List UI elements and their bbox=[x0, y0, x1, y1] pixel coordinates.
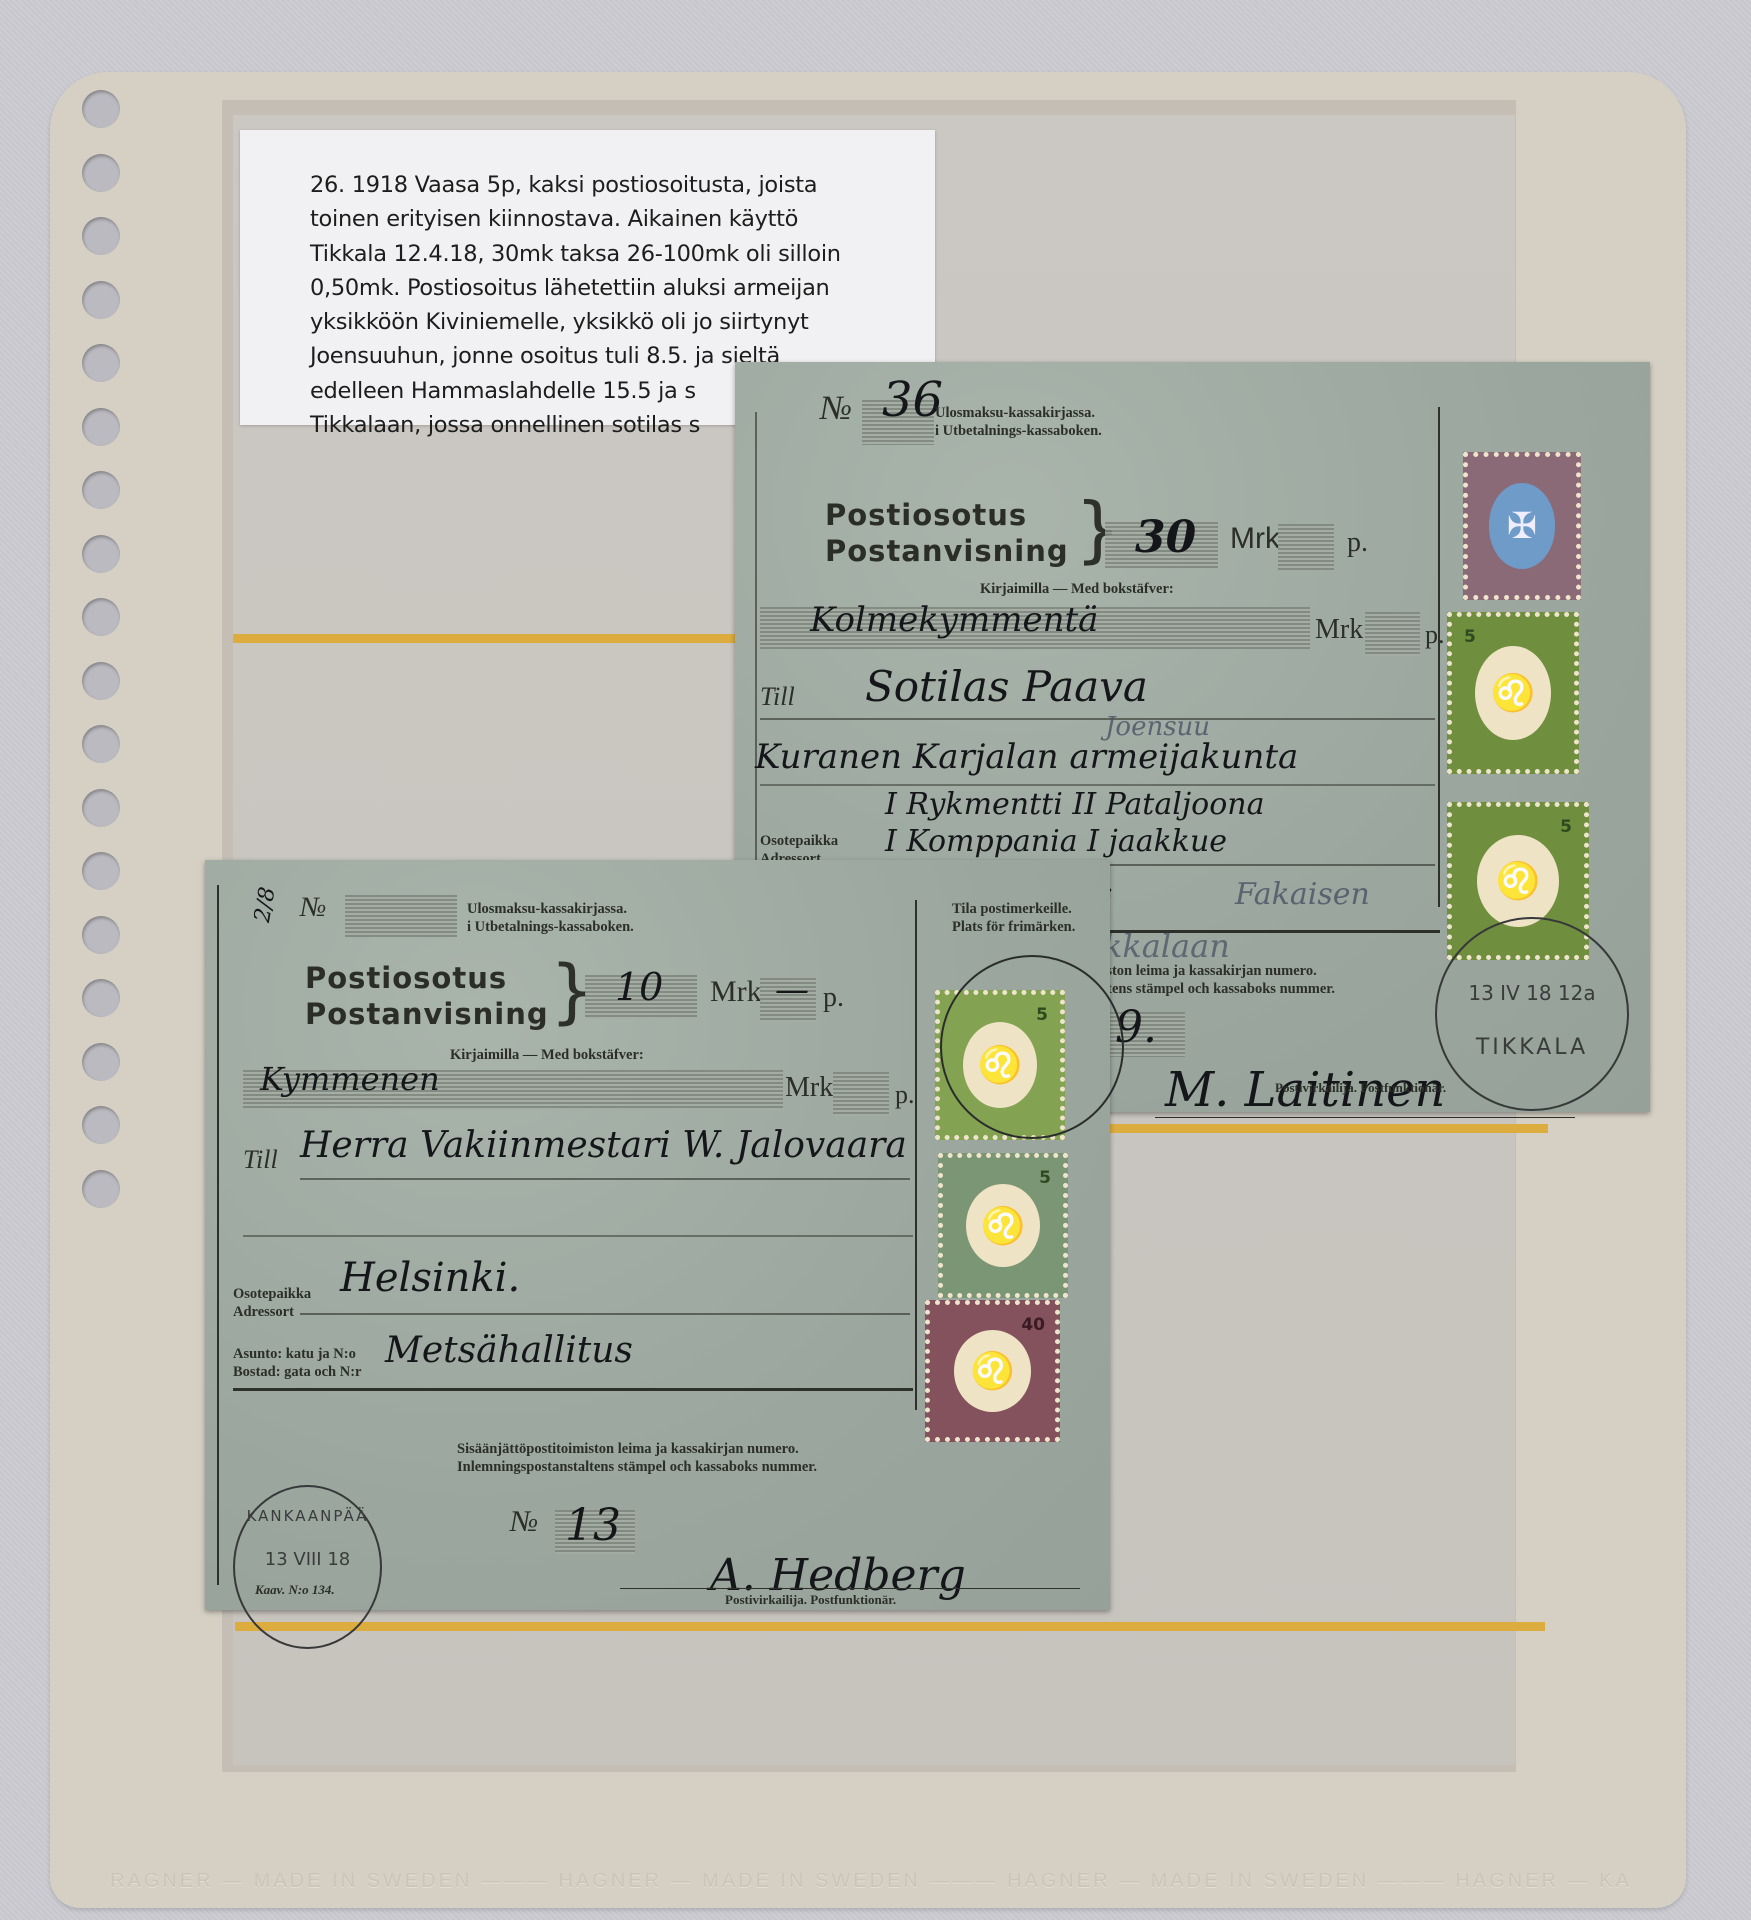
address-sv: Adressort bbox=[233, 1303, 311, 1321]
office-number: 13 bbox=[565, 1500, 621, 1551]
mrk-label: Mrk bbox=[710, 975, 762, 1009]
title-sv: Postanvisning bbox=[305, 996, 549, 1032]
stamp-40-penni-arms: ✠ bbox=[1463, 452, 1581, 600]
p-label: p. bbox=[1347, 527, 1368, 559]
p-label-2: p. bbox=[895, 1080, 915, 1110]
form-title: Postiosotus Postanvisning bbox=[825, 497, 1069, 569]
postmark-place: TIKKALA bbox=[1437, 1035, 1627, 1060]
signature-line bbox=[1155, 1117, 1575, 1118]
address-line-rule bbox=[760, 784, 1435, 786]
binder-hole bbox=[82, 471, 120, 509]
stamp-space-label: Tila postimerkeille. Plats för frimärken… bbox=[952, 900, 1075, 936]
binder-hole bbox=[82, 1170, 120, 1208]
number-symbol: № bbox=[820, 390, 852, 428]
postmark-kankaanpaa-stamp bbox=[940, 955, 1124, 1139]
stamp-area-divider bbox=[1438, 407, 1440, 907]
description-line: 26. 1918 Vaasa 5p, kaksi postiosoitusta,… bbox=[310, 168, 930, 202]
recipient: Sotilas Paava bbox=[865, 662, 1148, 711]
address-line-3: I Komppania I jaakkue bbox=[885, 824, 1227, 859]
coat-of-arms-icon: ✠ bbox=[1489, 483, 1556, 569]
binder-hole bbox=[82, 598, 120, 636]
register-fi: Ulosmaksu-kassakirjassa. bbox=[935, 404, 1102, 422]
binder-hole bbox=[82, 535, 120, 573]
mrk-label-2: Mrk bbox=[785, 1072, 833, 1104]
binder-hole bbox=[82, 1106, 120, 1144]
binder-hole bbox=[82, 916, 120, 954]
amount-mrk: 30 bbox=[1135, 512, 1196, 563]
lion-icon: ♌ bbox=[1477, 835, 1559, 927]
postmark-tikkala: 13 IV 18 12a TIKKALA bbox=[1435, 917, 1629, 1111]
office-fi: Sisäänjättöpostitoimiston leima ja kassa… bbox=[457, 1440, 817, 1458]
stamp-space-fi: Tila postimerkeille. bbox=[952, 900, 1075, 918]
p-label-2: p. bbox=[1425, 620, 1445, 650]
amount-p-box-2 bbox=[1365, 612, 1420, 656]
mrk-label: Mrk bbox=[1230, 522, 1280, 556]
till-label: Till bbox=[243, 1145, 278, 1175]
pocket-strip-middle bbox=[1108, 1124, 1548, 1133]
stamp-5-penni-lion-grey-green: ♌ 5 bbox=[938, 1153, 1068, 1298]
title-sv: Postanvisning bbox=[825, 533, 1069, 569]
residence-fi: Asunto: katu ja N:o bbox=[233, 1345, 361, 1363]
amount-mrk: 10 bbox=[615, 965, 663, 1009]
clerk-label: Postivirkailija. Postfunktionär. bbox=[1275, 1080, 1446, 1096]
binder-hole bbox=[82, 725, 120, 763]
amount-p-box-2 bbox=[833, 1072, 889, 1116]
pocket-strip-bottom bbox=[235, 1622, 1545, 1631]
clerk-label: Postivirkailija. Postfunktionär. bbox=[725, 1592, 896, 1608]
number-annotation: 2/8 bbox=[250, 885, 281, 924]
register-sv: i Utbetalnings-kassaboken. bbox=[467, 918, 634, 936]
amount-p: — bbox=[775, 970, 809, 1010]
address-line-rule bbox=[243, 1235, 913, 1237]
address-fi: Osotepaikka bbox=[760, 832, 838, 850]
register-label: Ulosmaksu-kassakirjassa. i Utbetalnings-… bbox=[935, 404, 1102, 440]
postmark-kankaanpaa: KANKAANPÄÄ 13 VIII 18 bbox=[233, 1485, 382, 1649]
binder-hole bbox=[82, 217, 120, 255]
stamp-space-sv: Plats för frimärken. bbox=[952, 918, 1075, 936]
in-letters-label: Kirjaimilla — Med bokstäfver: bbox=[980, 580, 1174, 598]
residence-line bbox=[233, 1388, 913, 1391]
office-label: Sisäänjättöpostitoimiston leima ja kassa… bbox=[457, 1440, 817, 1476]
description-line: toinen erityisen kiinnostava. Aikainen k… bbox=[310, 202, 930, 236]
album-footer-text: RAGNER — MADE IN SWEDEN ——— HAGNER — MAD… bbox=[110, 1870, 1670, 1893]
address-label: Osotepaikka Adressort bbox=[233, 1285, 311, 1321]
register-fi: Ulosmaksu-kassakirjassa. bbox=[467, 900, 634, 918]
lion-icon: ♌ bbox=[954, 1330, 1032, 1412]
binder-hole bbox=[82, 90, 120, 128]
stamp-area-divider bbox=[915, 900, 917, 1410]
title-fi: Postiosotus bbox=[305, 960, 549, 996]
description-line: 0,50mk. Postiosoitus lähetettiin aluksi … bbox=[310, 271, 930, 305]
recipient-line bbox=[300, 1178, 910, 1180]
office-sv: Inlemningspostanstaltens stämpel och kas… bbox=[457, 1458, 817, 1476]
recipient-line bbox=[760, 718, 1435, 720]
description-line: yksikköön Kiviniemelle, yksikkö oli jo s… bbox=[310, 305, 930, 339]
binder-hole bbox=[82, 1043, 120, 1081]
stamp-5-penni-lion: ♌ 5 bbox=[1447, 612, 1579, 774]
binder-hole bbox=[82, 408, 120, 446]
address-line-2: I Rykmentti II Pataljoona bbox=[885, 787, 1264, 822]
address-place: Helsinki. bbox=[340, 1255, 520, 1301]
p-label: p. bbox=[823, 982, 844, 1014]
office-number-symbol: № bbox=[510, 1505, 538, 1539]
stamp-denomination: 5 bbox=[1560, 817, 1572, 837]
recipient: Herra Vakiinmestari W. Jalovaara bbox=[300, 1125, 907, 1166]
residence-sv: Bostad: gata och N:r bbox=[233, 1363, 361, 1381]
amount-p-box bbox=[1278, 524, 1334, 570]
binder-hole bbox=[82, 789, 120, 827]
stamp-denomination: 5 bbox=[1464, 627, 1476, 647]
redirect-note-joensuu: Joensuu bbox=[1105, 712, 1210, 742]
redirect-note-2: Fakaisen bbox=[1235, 877, 1370, 912]
in-letters-label: Kirjaimilla — Med bokstäfver: bbox=[450, 1046, 644, 1064]
form-title: Postiosotus Postanvisning bbox=[305, 960, 549, 1032]
lion-icon: ♌ bbox=[966, 1184, 1040, 1268]
residence: Metsähallitus bbox=[385, 1330, 633, 1371]
postmark-date: 13 VIII 18 bbox=[235, 1549, 380, 1570]
stamp-denomination: 5 bbox=[1039, 1168, 1051, 1188]
binder-hole bbox=[82, 344, 120, 382]
amount-words: Kolmekymmentä bbox=[810, 600, 1098, 640]
address-fi: Osotepaikka bbox=[233, 1285, 311, 1303]
till-label: Till bbox=[760, 682, 795, 712]
form-number: Kaav. N:o 134. bbox=[255, 1582, 335, 1598]
mrk-label-2: Mrk bbox=[1315, 614, 1363, 646]
card-border bbox=[217, 885, 219, 1585]
postmark-place: KANKAANPÄÄ bbox=[235, 1507, 380, 1525]
money-order-kankaanpaa: 2/8 № Ulosmaksu-kassakirjassa. i Utbetal… bbox=[205, 860, 1110, 1610]
binder-hole bbox=[82, 979, 120, 1017]
residence-label: Asunto: katu ja N:o Bostad: gata och N:r bbox=[233, 1345, 361, 1381]
signature-line bbox=[620, 1588, 1080, 1589]
address-place-line bbox=[300, 1313, 910, 1315]
title-fi: Postiosotus bbox=[825, 497, 1069, 533]
binder-hole bbox=[82, 154, 120, 192]
register-sv: i Utbetalnings-kassaboken. bbox=[935, 422, 1102, 440]
number-symbol: № bbox=[300, 892, 326, 924]
number-box bbox=[345, 895, 457, 937]
pocket-strip-top bbox=[233, 634, 743, 643]
order-number: 36 bbox=[882, 372, 943, 428]
amount-words: Kymmenen bbox=[260, 1060, 440, 1098]
register-label: Ulosmaksu-kassakirjassa. i Utbetalnings-… bbox=[467, 900, 634, 936]
description-line: Tikkala 12.4.18, 30mk taksa 26-100mk oli… bbox=[310, 237, 930, 271]
lion-icon: ♌ bbox=[1475, 646, 1551, 740]
stamp-40-penni-lion: ♌ 40 bbox=[925, 1300, 1060, 1442]
binder-hole bbox=[82, 662, 120, 700]
binder-hole bbox=[82, 281, 120, 319]
stamp-denomination: 40 bbox=[1021, 1315, 1045, 1335]
binder-hole bbox=[82, 852, 120, 890]
postmark-date: 13 IV 18 12a bbox=[1437, 981, 1627, 1005]
address-line-1: Kuranen Karjalan armeijakunta bbox=[755, 737, 1298, 777]
